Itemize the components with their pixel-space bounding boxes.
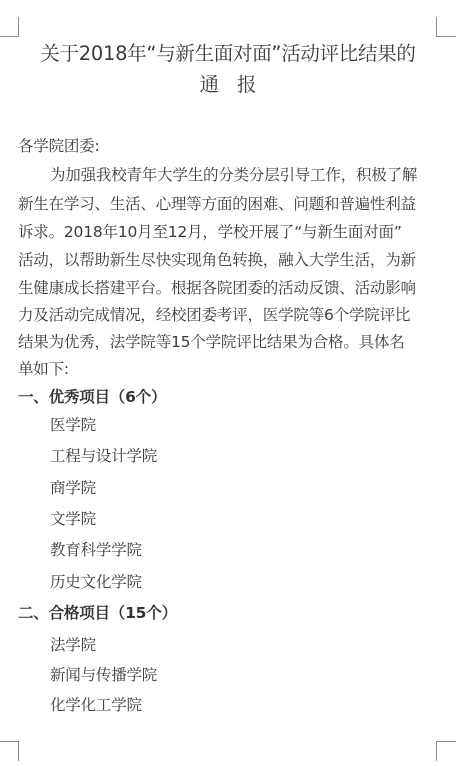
paragraph-line: 活动，以帮助新生尽快实现角色转换，融入大学生活，为新: [18, 249, 416, 271]
list-item: 法学院: [50, 634, 96, 656]
list-item: 商学院: [50, 477, 96, 499]
paragraph-line: 生健康成长搭建平台。根据各院团委的活动反馈、活动影响: [18, 277, 416, 299]
list-item: 文学院: [50, 508, 96, 530]
list-item: 新闻与传播学院: [50, 664, 157, 686]
document-title-line-1: 关于2018年“与新生面对面”活动评比结果的: [0, 41, 456, 67]
section-heading-qualified: 二、合格项目（15个）: [18, 602, 177, 624]
page-corner-mark-bottom-right: [436, 741, 456, 761]
paragraph-line: 为加强我校青年大学生的分类分层引导工作，积极了解: [50, 164, 417, 186]
section-heading-excellent: 一、优秀项目（6个）: [18, 386, 166, 408]
salutation: 各学院团委:: [18, 135, 100, 157]
paragraph-line: 单如下:: [18, 358, 69, 380]
paragraph-line: 诉求。2018年10月至12月，学校开展了“与新生面对面”: [18, 221, 402, 243]
page-corner-mark-bottom-left: [0, 741, 19, 761]
list-item: 历史文化学院: [50, 571, 142, 593]
page-corner-mark-top-left: [0, 17, 19, 37]
list-item: 工程与设计学院: [50, 445, 157, 467]
list-item: 教育科学学院: [50, 539, 142, 561]
list-item: 化学化工学院: [50, 694, 142, 716]
title-char-tong: 通: [199, 72, 219, 98]
page-corner-mark-top-right: [436, 17, 456, 37]
paragraph-line: 结果为优秀，法学院等15个学院评比结果为合格。具体名: [18, 331, 405, 353]
document-title-line-2: 通报: [0, 72, 456, 98]
paragraph-line: 新生在学习、生活、心理等方面的困难、问题和普遍性利益: [18, 193, 416, 215]
title-char-bao: 报: [237, 72, 257, 98]
paragraph-line: 力及活动完成情况，经校团委考评，医学院等6个学院评比: [18, 304, 410, 326]
list-item: 医学院: [50, 414, 96, 436]
